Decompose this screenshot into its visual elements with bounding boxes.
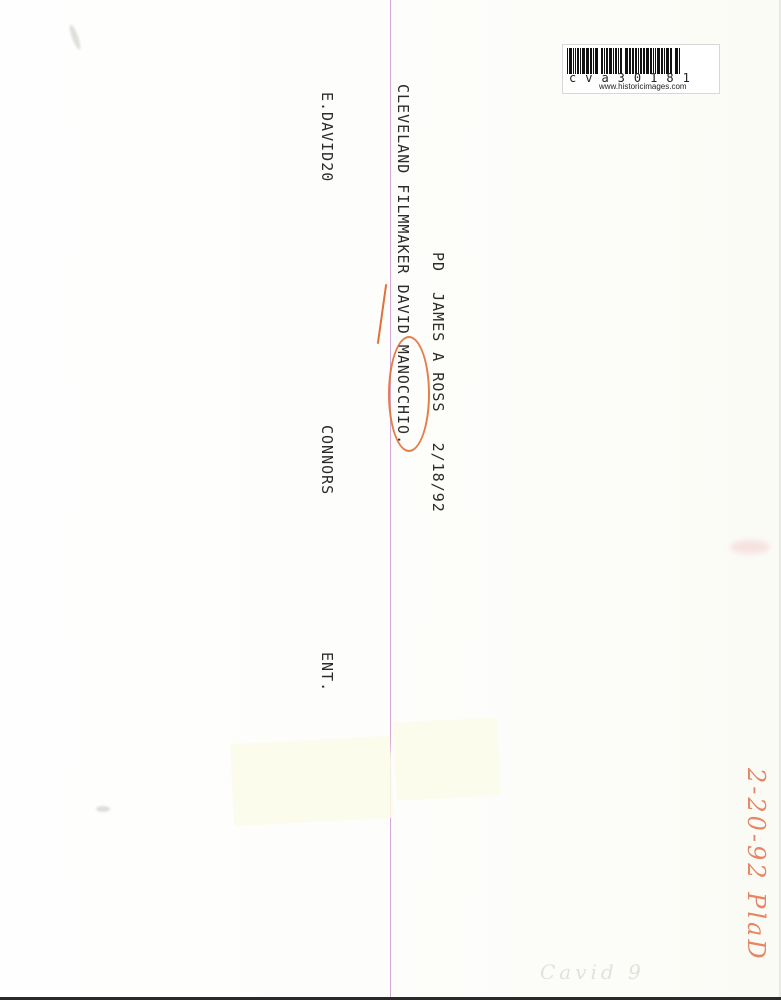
faint-pencil-note: Cavid 9 <box>540 960 645 984</box>
tape-residue <box>393 717 501 800</box>
barcode-label: cva30181 www.historicimages.com <box>562 44 720 94</box>
handwritten-date: 2-20-92 PlaD <box>742 768 770 962</box>
photo-back-page: cva30181 www.historicimages.com PD JAMES… <box>0 0 781 1000</box>
connors-line: CONNORS <box>318 425 336 495</box>
tape-residue <box>230 736 394 826</box>
smudge-mark <box>96 806 110 812</box>
photo-credit-line: PD JAMES A ROSS 2/18/92 <box>429 252 447 513</box>
barcode-url: www.historicimages.com <box>599 82 687 91</box>
marker-underline <box>377 284 387 344</box>
smudge-mark <box>68 24 83 50</box>
fold-line <box>390 0 391 1000</box>
slug-line: E.DAVID20 <box>318 92 336 182</box>
stain-mark <box>730 540 770 554</box>
section-line: ENT. <box>318 652 336 692</box>
marker-circle-name <box>388 336 430 452</box>
